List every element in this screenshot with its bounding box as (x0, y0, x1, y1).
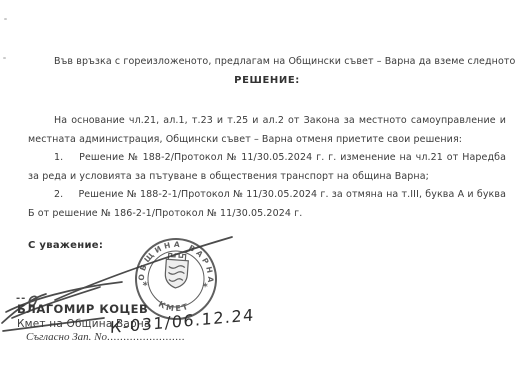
signature-stroke (6, 282, 122, 312)
list-item-number: 1. (54, 149, 63, 168)
intro-paragraph: Във връзка с гореизложеното, предлагам н… (28, 53, 506, 72)
list-item: 2. Решение № 188-2-1/Протокол № 11/30.05… (28, 186, 506, 223)
signature-ink (0, 230, 270, 345)
list-item-number: 2. (54, 186, 63, 205)
list-item: 1. Решение № 188-2/Протокол № 11/30.05.2… (28, 149, 506, 186)
list-item-text: Решение № 188-2-1/Протокол № 11/30.05.20… (28, 189, 506, 219)
signature-strikethrough-stroke (3, 318, 104, 331)
list-item-text: Решение № 188-2/Протокол № 11/30.05.2024… (28, 152, 506, 182)
scan-speck (4, 18, 7, 20)
scanned-letter-page: Във връзка с гореизложеното, предлагам н… (0, 0, 531, 371)
scan-speck (3, 57, 6, 59)
resolution-heading: РЕШЕНИЕ: (28, 75, 506, 86)
signature-stroke (55, 237, 232, 300)
signature-stroke (12, 287, 100, 318)
legal-basis-paragraph: На основание чл.21, ал.1, т.23 и т.25 и … (28, 112, 506, 149)
